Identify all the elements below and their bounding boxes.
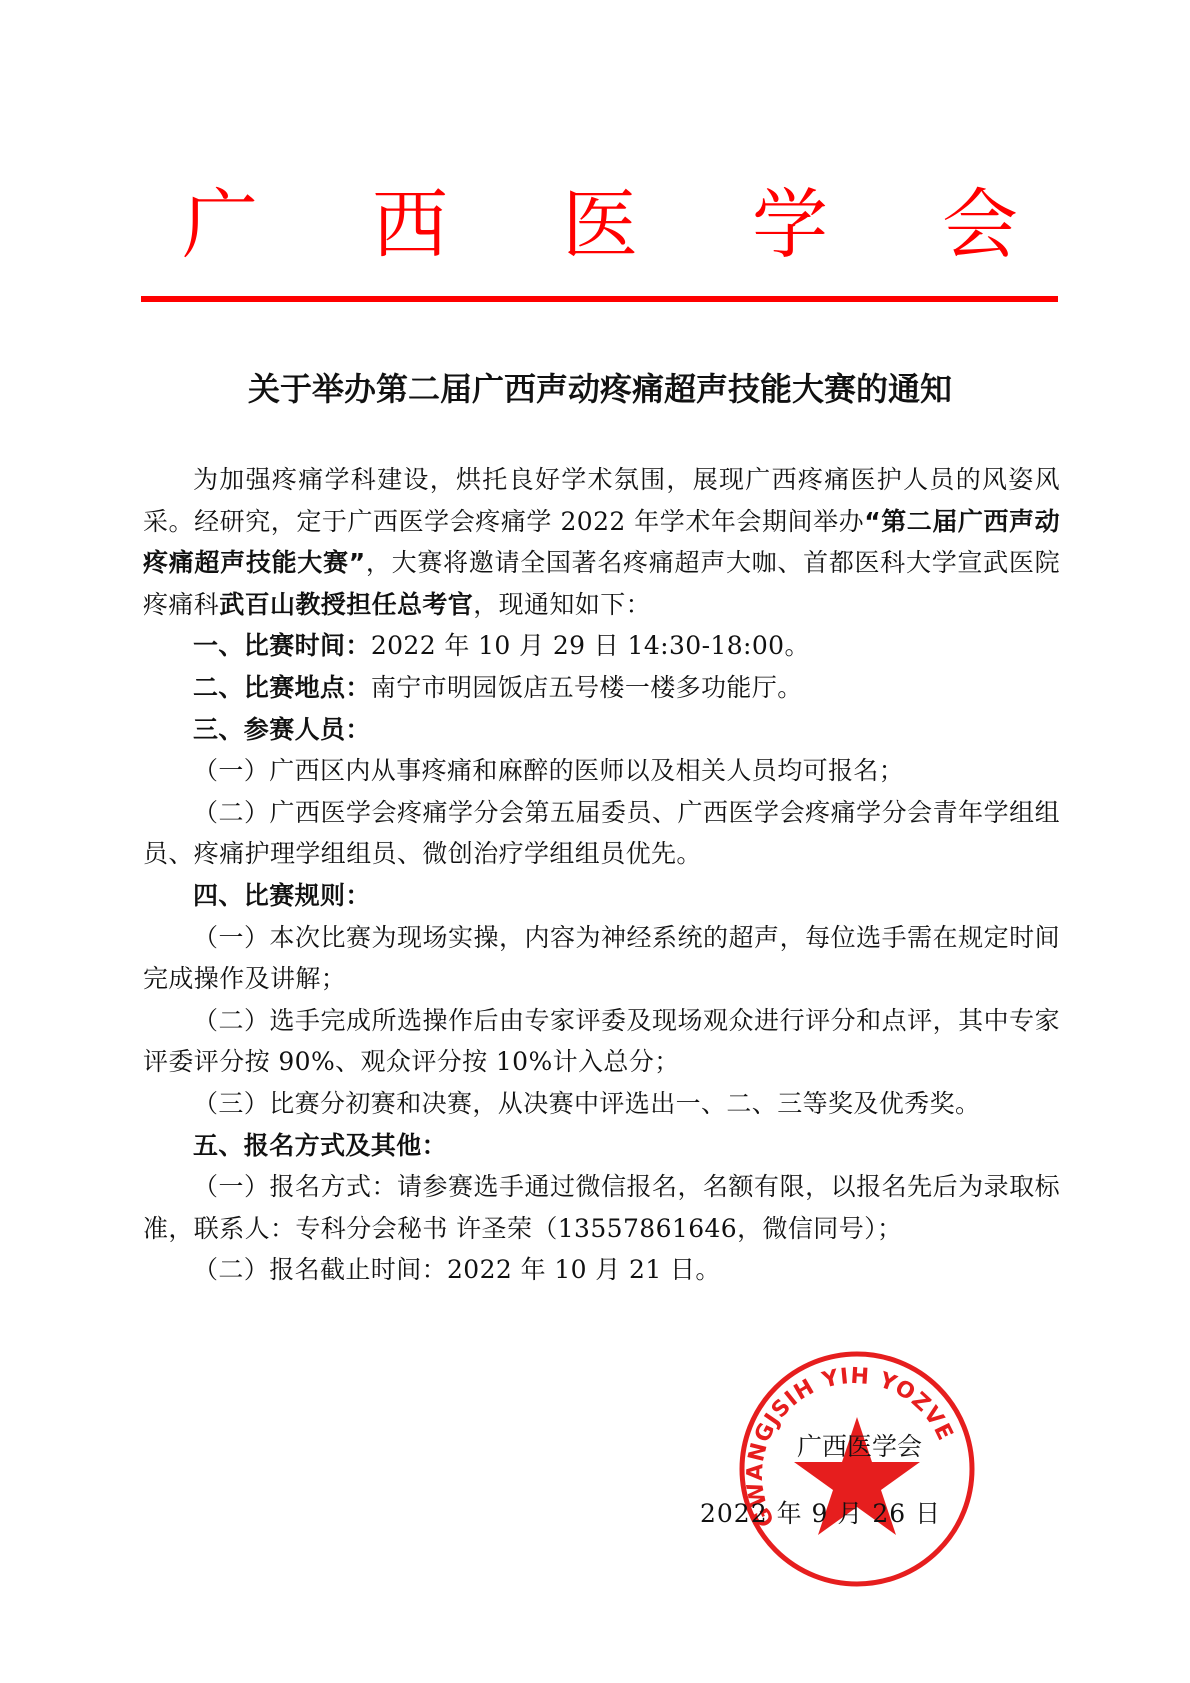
section-registration: 五、报名方式及其他： [143,1125,1060,1167]
section-venue: 二、比赛地点：南宁市明园饭店五号楼一楼多功能厅。 [143,667,1060,709]
letterhead-char: 会 [942,170,1018,280]
list-item: （二）选手完成所选操作后由专家评委及现场观众进行评分和点评，其中专家评委评分按 … [143,1000,1060,1083]
list-item: （三）比赛分初赛和决赛，从决赛中评选出一、二、三等奖及优秀奖。 [143,1083,1060,1125]
section-heading: 五、报名方式及其他： [193,1131,447,1160]
document-title: 关于举办第二届广西声动疼痛超声技能大赛的通知 [140,365,1060,413]
section-heading: 一、比赛时间： [193,631,371,660]
letterhead-divider [141,296,1058,302]
list-item: （二）广西医学会疼痛学分会第五届委员、广西医学会疼痛学分会青年学组组员、疼痛护理… [143,792,1060,875]
chief-examiner: 武百山教授担任总考官 [219,590,473,619]
list-item: （一）广西区内从事疼痛和麻醉的医师以及相关人员均可报名； [143,750,1060,792]
intro-text: ，现通知如下： [473,590,651,619]
list-item: （二）报名截止时间：2022 年 10 月 21 日。 [143,1249,1060,1291]
letterhead-title: 广 西 医 学 会 [140,170,1060,280]
section-time: 一、比赛时间：2022 年 10 月 29 日 14:30-18:00。 [143,625,1060,667]
section-participants: 三、参赛人员： [143,709,1060,751]
section-text: 2022 年 10 月 29 日 14:30-18:00。 [371,631,810,660]
section-heading: 三、参赛人员： [193,715,371,744]
section-rules: 四、比赛规则： [143,875,1060,917]
section-heading: 二、比赛地点： [193,673,371,702]
letterhead-char: 学 [752,170,828,280]
signature-date: 2022 年 9 月 26 日 [700,1497,941,1531]
signature-org: 广西医学会 [797,1430,922,1464]
intro-paragraph: 为加强疼痛学科建设，烘托良好学术氛围，展现广西疼痛医护人员的风姿风采。经研究，定… [143,459,1060,625]
list-item: （一）报名方式：请参赛选手通过微信报名，名额有限，以报名先后为录取标准，联系人：… [143,1166,1060,1249]
list-item: （一）本次比赛为现场实操，内容为神经系统的超声，每位选手需在规定时间完成操作及讲… [143,917,1060,1000]
letterhead-char: 广 [182,170,258,280]
letterhead-char: 医 [562,170,638,280]
section-heading: 四、比赛规则： [193,881,371,910]
document-body: 为加强疼痛学科建设，烘托良好学术氛围，展现广西疼痛医护人员的风姿风采。经研究，定… [143,459,1060,1291]
official-seal-icon: GWANGJSIH YIH YOZVEI 广 西 医 学 会 [735,1347,980,1592]
section-text: 南宁市明园饭店五号楼一楼多功能厅。 [371,673,803,702]
letterhead-char: 西 [372,170,448,280]
